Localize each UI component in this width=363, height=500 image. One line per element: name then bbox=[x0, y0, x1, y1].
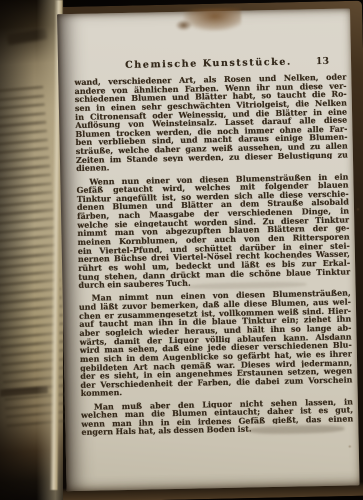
paper-speckle bbox=[349, 445, 351, 447]
paragraph: Man nimmt nun einen von diesen Blumenstr… bbox=[79, 289, 353, 398]
paper-speckle bbox=[335, 337, 338, 340]
paragraph: wand, verschiedener Art, als Rosen und N… bbox=[74, 72, 348, 172]
paper-speckle bbox=[295, 257, 297, 260]
book-page: Chemische Kunststücke. 13 wand, verschie… bbox=[57, 8, 360, 491]
page-header-row: Chemische Kunststücke. 13 bbox=[74, 56, 343, 73]
page-body-text: wand, verschiedener Art, als Rosen und N… bbox=[74, 72, 353, 441]
paper-speckle bbox=[121, 225, 123, 227]
paper-stain-spot bbox=[175, 20, 192, 31]
adjacent-page-sliver bbox=[0, 0, 63, 500]
paragraph: Wenn nun einer von diesen Blumensträußen… bbox=[76, 172, 350, 290]
book-photo-scene: Chemische Kunststücke. 13 wand, verschie… bbox=[0, 0, 363, 500]
running-header: Chemische Kunststücke. bbox=[74, 56, 343, 73]
paper-speckle bbox=[357, 208, 359, 210]
page-number: 13 bbox=[316, 56, 329, 68]
